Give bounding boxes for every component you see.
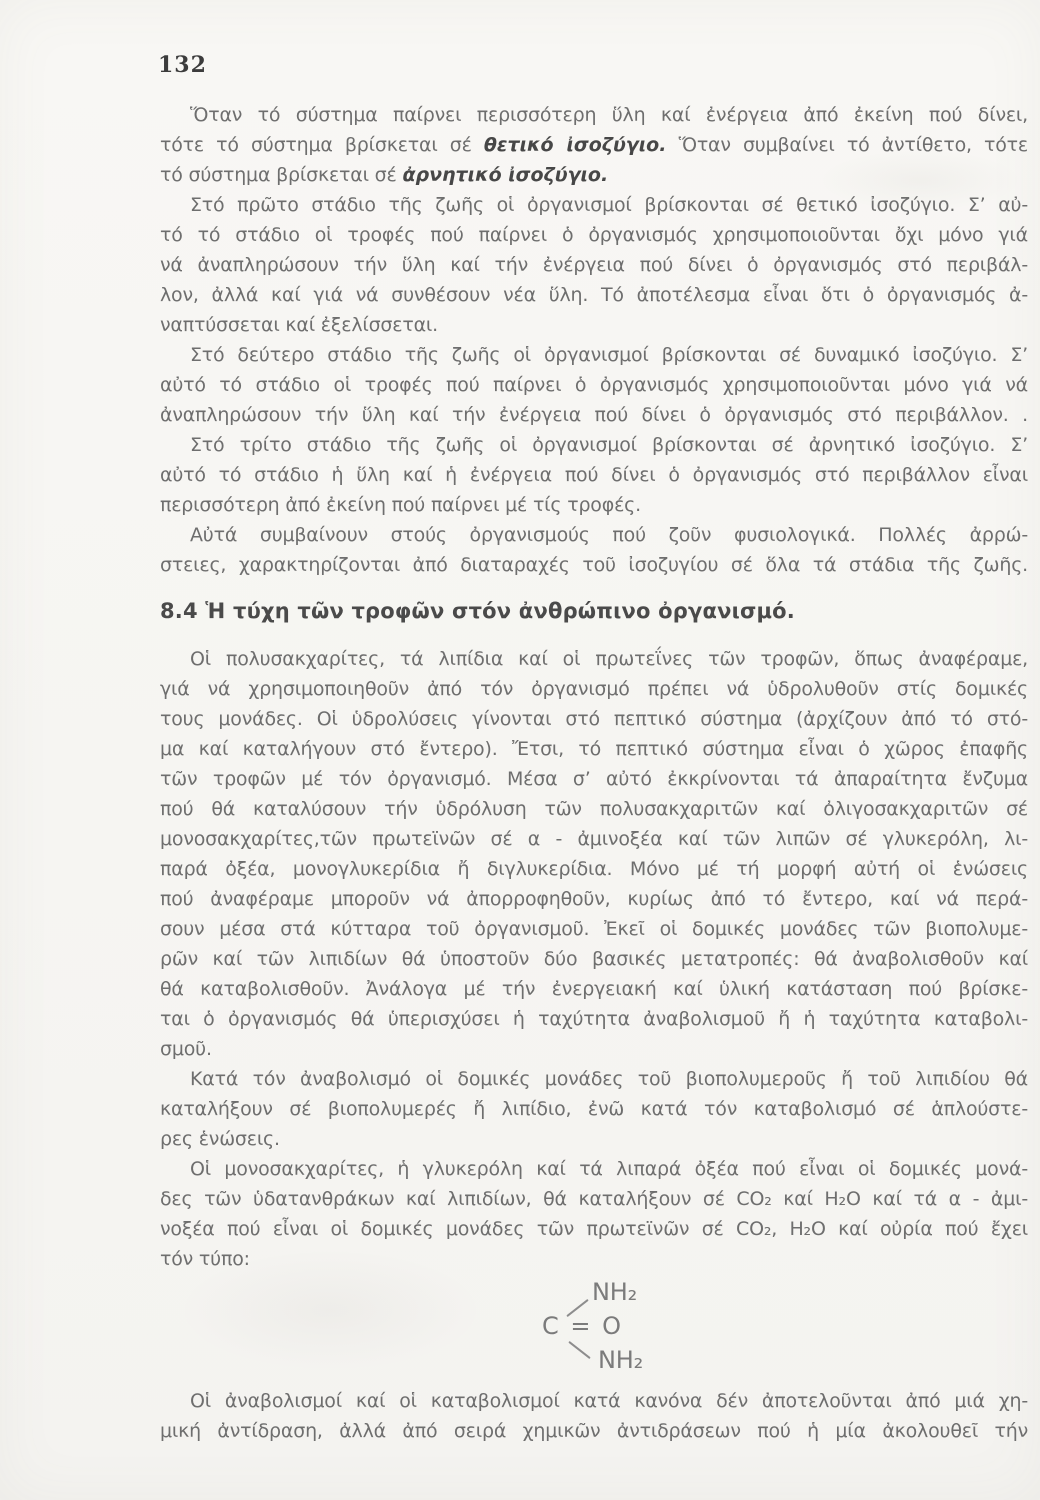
text-line: Στό τρίτο στάδιο τῆς ζωῆς οἱ ὀργανισμοί … — [160, 430, 1028, 460]
body-paragraph: Στό δεύτερο στάδιο τῆς ζωῆς οἱ ὀργανισμο… — [160, 340, 1028, 430]
text-line: αὐτό τό στάδιο οἱ τροφές πού παίρνει ὁ ὀ… — [160, 370, 1028, 400]
text-run: Οἱ μονοσακχαρίτες, ἡ γλυκερόλη καί τά λι… — [190, 1158, 1028, 1180]
text-line: δες τῶν ὑδατανθράκων καί λιπιδίων, θά κα… — [160, 1184, 1028, 1214]
text-line: τους μονάδες. Οἱ ὑδρολύσεις γίνονται στό… — [160, 704, 1028, 734]
text-run: τῶν τροφῶν μέ τόν ὀργανισμό. Μέσα σ’ αὐτ… — [160, 768, 1028, 790]
text-run: στειες, χαρακτηρίζονται ἀπό διαταραχές τ… — [160, 554, 1028, 576]
text-run: Ὅταν τό σύστημα παίρνει περισσότερη ὕλη … — [190, 104, 1028, 126]
text-run: περισσότερη ἀπό ἐκείνη πού παίρνει μέ τί… — [160, 494, 641, 516]
text-run: μονοσακχαρίτες,τῶν πρωτεϊνῶν σέ α - ἀμιν… — [160, 828, 1028, 850]
body-paragraph: Οἱ ἀναβολισμοί καί οἱ καταβολισμοί κατά … — [160, 1386, 1028, 1446]
text-run: καταλήξουν σέ βιοπολυμερές ἤ λιπίδιο, ἐν… — [160, 1098, 1028, 1120]
text-run: Στό πρῶτο στάδιο τῆς ζωῆς οἱ ὀργανισμοί … — [190, 194, 1028, 216]
text-run: ρες ἑνώσεις. — [160, 1128, 280, 1150]
bond-line-bottom — [568, 1341, 591, 1359]
text-line: πού θά καταλύσουν τήν ὑδρόλυση τῶν πολυσ… — [160, 794, 1028, 824]
text-run: θά καταβολισθοῦν. Ἀνάλογα μέ τήν ἐνεργει… — [160, 978, 1028, 1000]
text-line: ρῶν καί τῶν λιπιδίων θά ὑποστοῦν δύο βασ… — [160, 944, 1028, 974]
text-line: Στό δεύτερο στάδιο τῆς ζωῆς οἱ ὀργανισμο… — [160, 340, 1028, 370]
text-line: νοξέα πού εἶναι οἱ δομικές μονάδες τῶν π… — [160, 1214, 1028, 1244]
body-paragraph: Στό πρῶτο στάδιο τῆς ζωῆς οἱ ὀργανισμοί … — [160, 190, 1028, 340]
text-run: Οἱ πολυσακχαρίτες, τά λιπίδια καί οἱ πρω… — [190, 648, 1028, 670]
text-run: σμοῦ. — [160, 1038, 212, 1060]
text-line: Οἱ μονοσακχαρίτες, ἡ γλυκερόλη καί τά λι… — [160, 1154, 1028, 1184]
text-line: ναπτύσσεται καί ἐξελίσσεται. — [160, 310, 1028, 340]
text-run: τό τό στάδιο οἱ τροφές πού παίρνει ὁ ὀργ… — [160, 224, 1028, 246]
text-run: Αὐτά συμβαίνουν στούς ὀργανισμούς πού ζο… — [190, 524, 1028, 546]
section-heading: 8.4 Ἡ τύχη τῶν τροφῶν στόν ἀνθρώπινο ὀργ… — [160, 596, 1028, 626]
text-line: σουν μέσα στά κύτταρα τοῦ ὀργανισμοῦ. Ἐκ… — [160, 914, 1028, 944]
text-run: ἀναπληρώσουν τήν ὕλη καί τήν ἐνέργεια πο… — [160, 404, 1028, 426]
text-run: Ὅταν συμβαίνει τό ἀντίθετο, τότε — [666, 134, 1028, 156]
text-run: αὐτό τό στάδιο ἡ ὕλη καί ἡ ἐνέργεια πού … — [160, 464, 1028, 486]
page-number: 132 — [158, 52, 207, 78]
text-run: δες τῶν ὑδατανθράκων καί λιπιδίων, θά κα… — [160, 1188, 1028, 1210]
body-paragraph: Στό τρίτο στάδιο τῆς ζωῆς οἱ ὀργανισμοί … — [160, 430, 1028, 520]
amine-group-bottom: NH₂ — [598, 1346, 643, 1374]
text-run: παρά ὀξέα, μονογλυκερίδια ἤ διγλυκερίδια… — [160, 858, 1028, 880]
text-line: νά ἀναπληρώσουν τήν ὕλη καί τήν ἐνέργεια… — [160, 250, 1028, 280]
page-body: Ὅταν τό σύστημα παίρνει περισσότερη ὕλη … — [160, 100, 1028, 1446]
text-line: στειες, χαρακτηρίζονται ἀπό διαταραχές τ… — [160, 550, 1028, 580]
text-line: σμοῦ. — [160, 1034, 1028, 1064]
scanned-book-page: 132 Ὅταν τό σύστημα παίρνει περισσότερη … — [0, 0, 1040, 1500]
text-run: τους μονάδες. Οἱ ὑδρολύσεις γίνονται στό… — [160, 708, 1028, 730]
text-run: νά ἀναπληρώσουν τήν ὕλη καί τήν ἐνέργεια… — [160, 254, 1028, 276]
text-line: μα καί καταλήγουν στό ἔντερο). Ἔτσι, τό … — [160, 734, 1028, 764]
text-line: περισσότερη ἀπό ἐκείνη πού παίρνει μέ τί… — [160, 490, 1028, 520]
text-run: Κατά τόν ἀναβολισμό οἱ δομικές μονάδες τ… — [190, 1068, 1028, 1090]
text-line: Ὅταν τό σύστημα παίρνει περισσότερη ὕλη … — [160, 100, 1028, 130]
text-run: Στό δεύτερο στάδιο τῆς ζωῆς οἱ ὀργανισμο… — [190, 344, 1028, 366]
text-run: Στό τρίτο στάδιο τῆς ζωῆς οἱ ὀργανισμοί … — [190, 434, 1028, 456]
body-paragraph: Οἱ πολυσακχαρίτες, τά λιπίδια καί οἱ πρω… — [160, 644, 1028, 1064]
body-paragraph: Αὐτά συμβαίνουν στούς ὀργανισμούς πού ζο… — [160, 520, 1028, 580]
text-run: ρῶν καί τῶν λιπιδίων θά ὑποστοῦν δύο βασ… — [160, 948, 1028, 970]
text-line: Στό πρῶτο στάδιο τῆς ζωῆς οἱ ὀργανισμοί … — [160, 190, 1028, 220]
text-line: γιά νά χρησιμοποιηθοῦν ἀπό τόν ὀργανισμό… — [160, 674, 1028, 704]
text-line: θά καταβολισθοῦν. Ἀνάλογα μέ τήν ἐνεργει… — [160, 974, 1028, 1004]
text-line: παρά ὀξέα, μονογλυκερίδια ἤ διγλυκερίδια… — [160, 854, 1028, 884]
text-line: Οἱ πολυσακχαρίτες, τά λιπίδια καί οἱ πρω… — [160, 644, 1028, 674]
text-run: σουν μέσα στά κύτταρα τοῦ ὀργανισμοῦ. Ἐκ… — [160, 918, 1028, 940]
text-line: τότε τό σύστημα βρίσκεται σέ θετικό ἰσοζ… — [160, 130, 1028, 160]
text-line: αὐτό τό στάδιο ἡ ὕλη καί ἡ ἐνέργεια πού … — [160, 460, 1028, 490]
text-run: τό σύστημα βρίσκεται σέ — [160, 164, 402, 186]
text-line: ται ὁ ὀργανισμός θά ὑπερισχύσει ἡ ταχύτη… — [160, 1004, 1028, 1034]
text-line: τῶν τροφῶν μέ τόν ὀργανισμό. Μέσα σ’ αὐτ… — [160, 764, 1028, 794]
text-run: μική ἀντίδραση, ἀλλά ἀπό σειρά χημικῶν ἀ… — [160, 1420, 1028, 1442]
text-line: τό σύστημα βρίσκεται σέ ἀρνητικό ἰσοζύγι… — [160, 160, 1028, 190]
text-run: τότε τό σύστημα βρίσκεται σέ — [160, 134, 484, 156]
urea-structural-formula: NH₂C = ONH₂ — [542, 1280, 762, 1380]
text-run: νοξέα πού εἶναι οἱ δομικές μονάδες τῶν π… — [160, 1218, 1028, 1240]
text-run: αὐτό τό στάδιο οἱ τροφές πού παίρνει ὁ ὀ… — [160, 374, 1028, 396]
text-line: ρες ἑνώσεις. — [160, 1124, 1028, 1154]
text-line: μονοσακχαρίτες,τῶν πρωτεϊνῶν σέ α - ἀμιν… — [160, 824, 1028, 854]
text-line: λον, ἀλλά καί γιά νά συνθέσουν νέα ὕλη. … — [160, 280, 1028, 310]
body-paragraph: Κατά τόν ἀναβολισμό οἱ δομικές μονάδες τ… — [160, 1064, 1028, 1154]
text-line: ἀναπληρώσουν τήν ὕλη καί τήν ἐνέργεια πο… — [160, 400, 1028, 430]
body-paragraph: Ὅταν τό σύστημα παίρνει περισσότερη ὕλη … — [160, 100, 1028, 190]
text-run: ναπτύσσεται καί ἐξελίσσεται. — [160, 314, 438, 336]
text-run: τόν τύπο: — [160, 1248, 250, 1270]
text-run: γιά νά χρησιμοποιηθοῦν ἀπό τόν ὀργανισμό… — [160, 678, 1028, 700]
text-line: τόν τύπο: — [160, 1244, 1028, 1274]
bold-italic-term: ἀρνητικό ἰσοζύγιο. — [402, 164, 608, 186]
text-run: πού θά καταλύσουν τήν ὑδρόλυση τῶν πολυσ… — [160, 798, 1028, 820]
text-line: τό τό στάδιο οἱ τροφές πού παίρνει ὁ ὀργ… — [160, 220, 1028, 250]
text-line: Κατά τόν ἀναβολισμό οἱ δομικές μονάδες τ… — [160, 1064, 1028, 1094]
carbonyl-group: C = O — [542, 1312, 623, 1340]
text-line: Αὐτά συμβαίνουν στούς ὀργανισμούς πού ζο… — [160, 520, 1028, 550]
bold-italic-term: θετικό ἰσοζύγιο. — [484, 134, 667, 156]
amine-group-top: NH₂ — [592, 1278, 637, 1306]
text-line: Οἱ ἀναβολισμοί καί οἱ καταβολισμοί κατά … — [160, 1386, 1028, 1416]
body-paragraph: Οἱ μονοσακχαρίτες, ἡ γλυκερόλη καί τά λι… — [160, 1154, 1028, 1274]
text-run: Οἱ ἀναβολισμοί καί οἱ καταβολισμοί κατά … — [190, 1390, 1028, 1412]
text-line: μική ἀντίδραση, ἀλλά ἀπό σειρά χημικῶν ἀ… — [160, 1416, 1028, 1446]
text-line: πού ἀναφέραμε μποροῦν νά ἀπορροφηθοῦν, κ… — [160, 884, 1028, 914]
text-line: καταλήξουν σέ βιοπολυμερές ἤ λιπίδιο, ἐν… — [160, 1094, 1028, 1124]
text-run: μα καί καταλήγουν στό ἔντερο). Ἔτσι, τό … — [160, 738, 1028, 760]
text-run: πού ἀναφέραμε μποροῦν νά ἀπορροφηθοῦν, κ… — [160, 888, 1028, 910]
text-run: λον, ἀλλά καί γιά νά συνθέσουν νέα ὕλη. … — [160, 284, 1028, 306]
text-run: ται ὁ ὀργανισμός θά ὑπερισχύσει ἡ ταχύτη… — [160, 1008, 1028, 1030]
